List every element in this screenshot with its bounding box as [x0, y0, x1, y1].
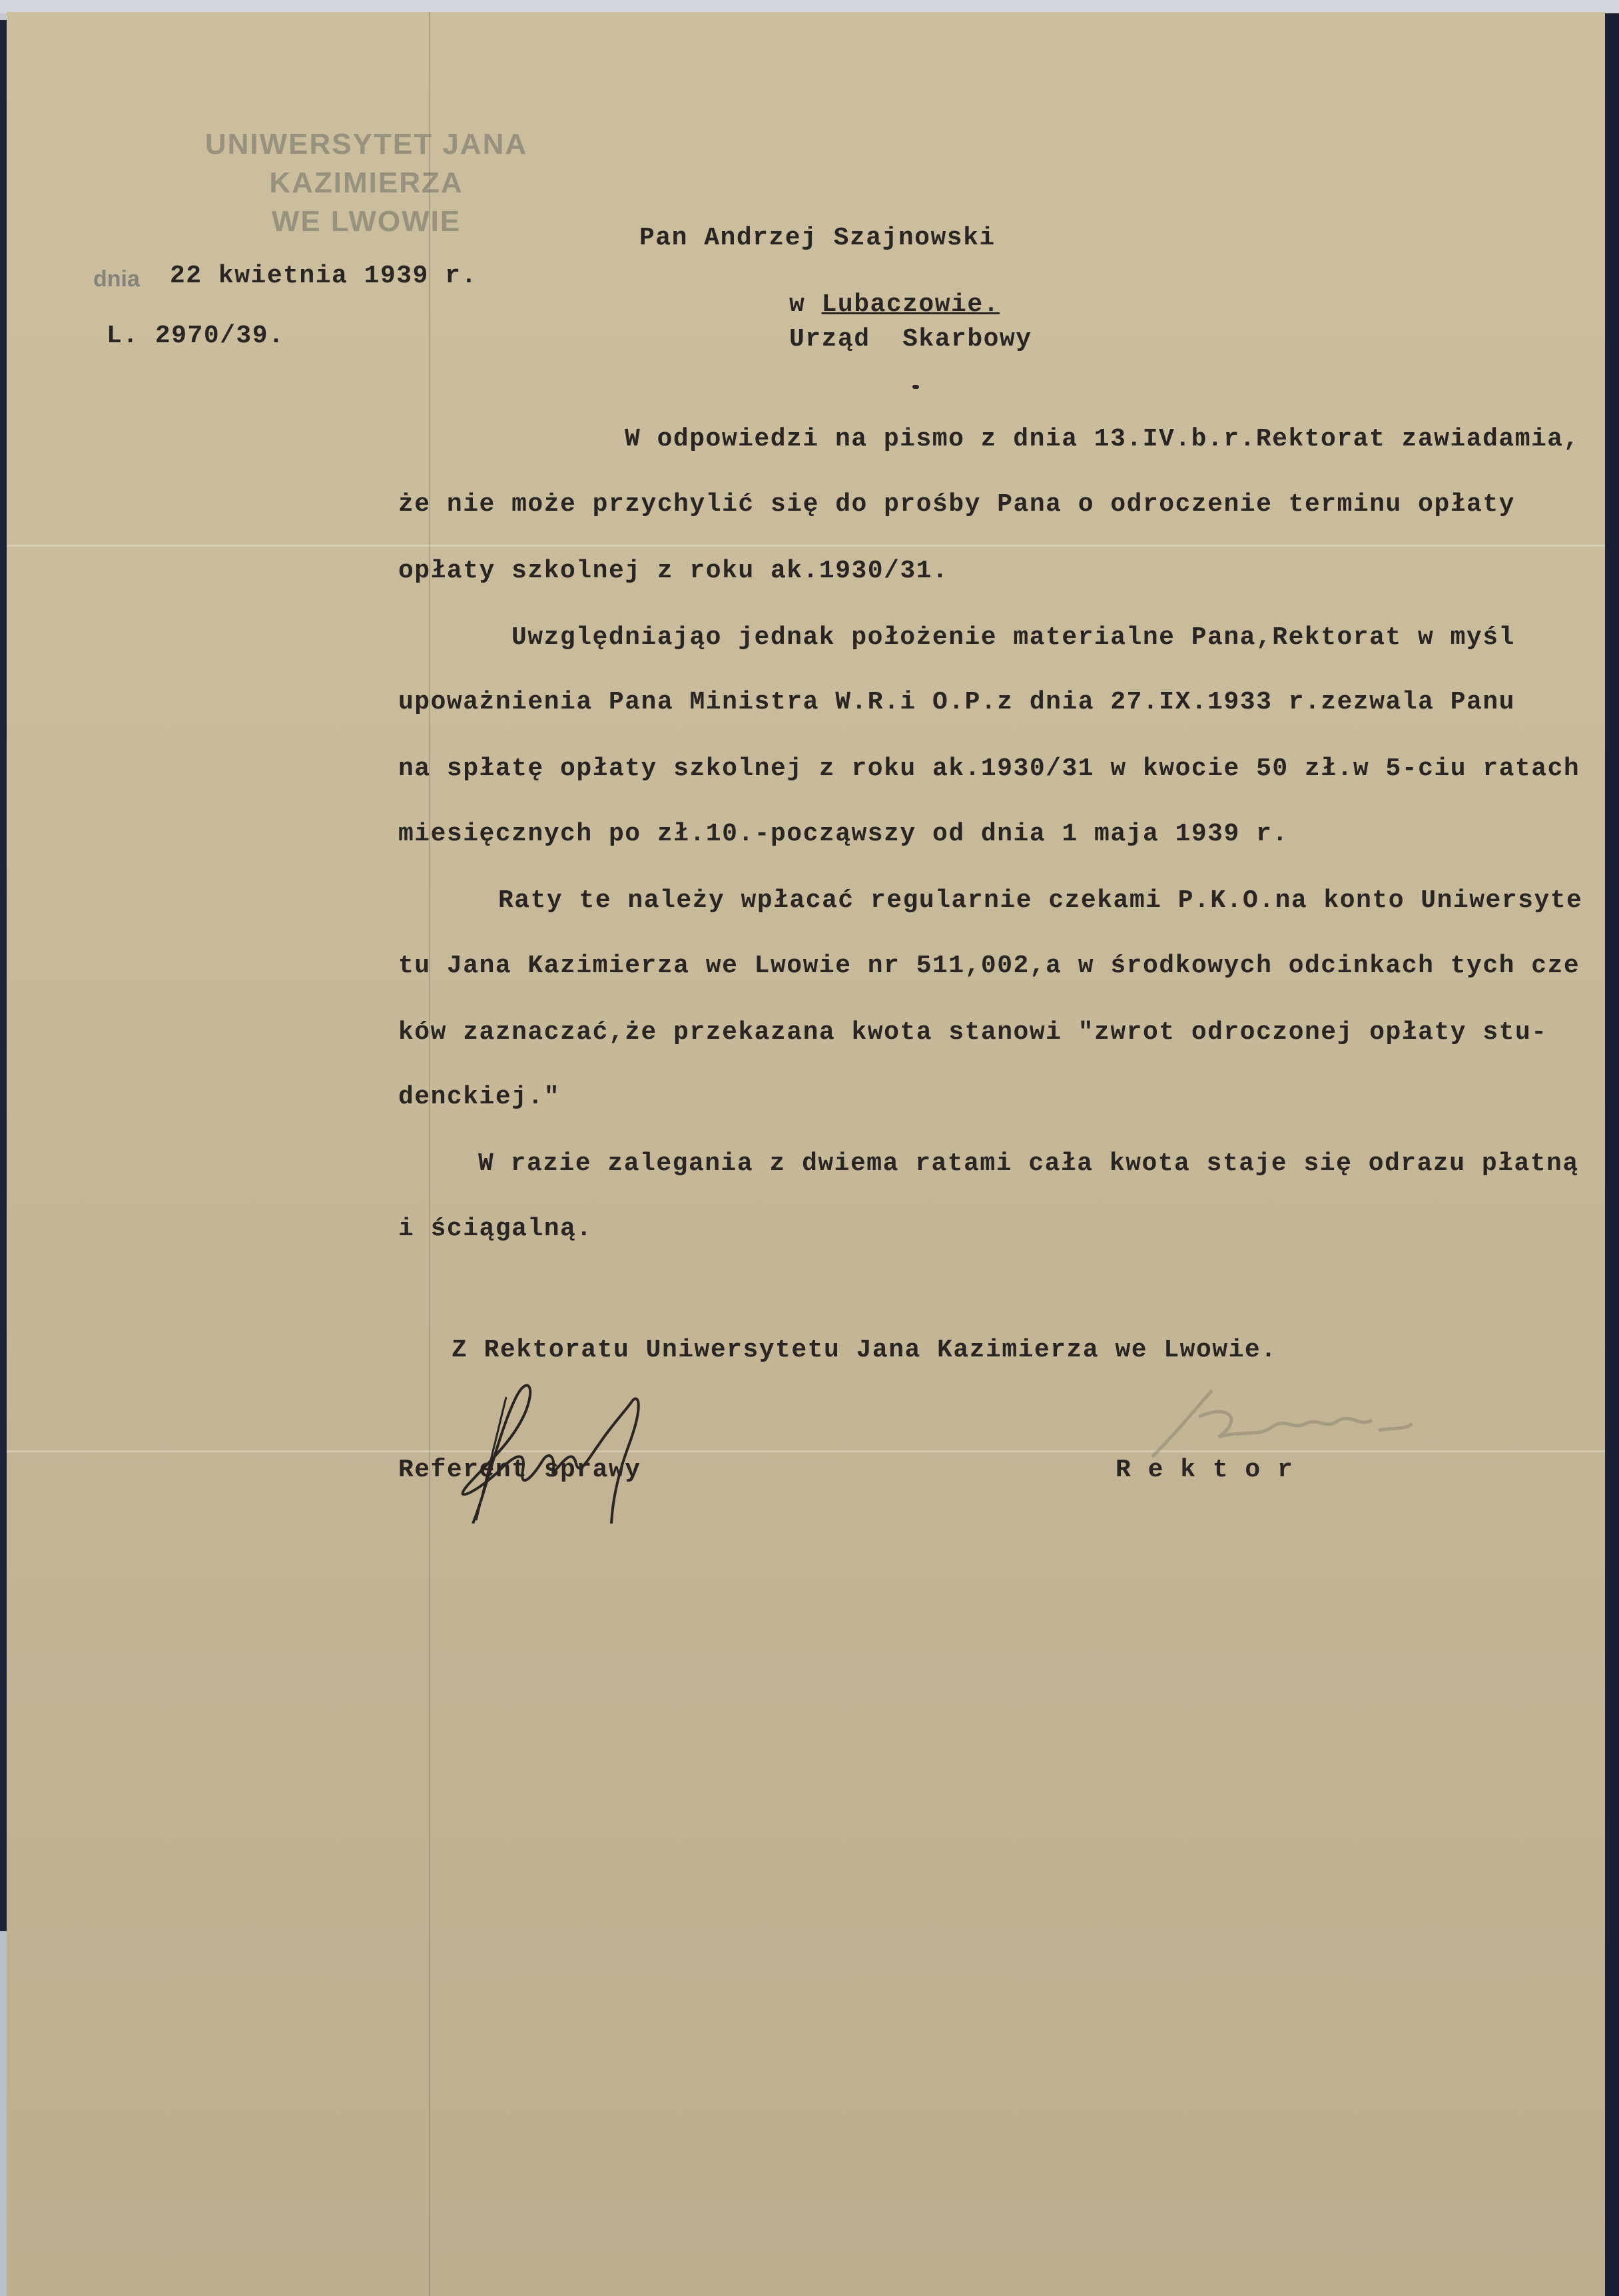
- background-right: [1605, 13, 1619, 2296]
- background-top: [0, 0, 1619, 13]
- body-line: upoważnienia Pana Ministra W.R.i O.P.z d…: [398, 688, 1515, 717]
- body-line: że nie może przychylić się do prośby Pan…: [398, 490, 1515, 519]
- body-line: opłaty szkolnej z roku ak.1930/31.: [398, 557, 948, 585]
- body-line: ków zaznaczać,że przekazana kwota stanow…: [398, 1018, 1548, 1047]
- body-line: denckiej.": [398, 1083, 560, 1111]
- date-stamp-prefix: dnia: [93, 266, 140, 292]
- body-line: i ściągalną.: [398, 1215, 593, 1243]
- fold-line-vertical: [429, 12, 430, 2296]
- bullet-mark: [912, 385, 919, 389]
- referent-label: Referent sprawy: [398, 1456, 641, 1484]
- rector-label: R e k t o r: [1116, 1456, 1293, 1484]
- closing-from: Z Rektoratu Uniwersytetu Jana Kazimierza…: [452, 1336, 1277, 1364]
- background-left: [0, 20, 7, 1931]
- referent-signature: [400, 1370, 706, 1524]
- body-line: tu Jana Kazimierza we Lwowie nr 511,002,…: [398, 952, 1580, 980]
- body-line: Raty te należy wpłacać regularnie czekam…: [498, 886, 1582, 915]
- body-line: Uwzględniająo jednak położenie materialn…: [511, 623, 1515, 652]
- stamp-line-2: WE LWOWIE: [127, 202, 606, 241]
- body-line: na spłatę opłaty szkolnej z roku ak.1930…: [398, 754, 1580, 783]
- letter-date: 22 kwietnia 1939 r.: [170, 262, 478, 290]
- reference-number: L. 2970/39.: [107, 322, 284, 350]
- recipient-office: Urząd Skarbowy: [789, 325, 1032, 354]
- recipient-name: Pan Andrzej Szajnowski: [639, 224, 996, 252]
- letter-page: UNIWERSYTET JANA KAZIMIERZA WE LWOWIE dn…: [7, 12, 1605, 2296]
- body-line: W razie zalegania z dwiema ratami cała k…: [478, 1149, 1579, 1178]
- recipient-location: w Lubaczowie.: [789, 290, 1000, 319]
- body-line: W odpowiedzi na pismo z dnia 13.IV.b.r.R…: [625, 425, 1580, 453]
- body-line: miesięcznych po zł.10.-począwszy od dnia…: [398, 820, 1289, 848]
- university-stamp: UNIWERSYTET JANA KAZIMIERZA WE LWOWIE: [127, 125, 606, 241]
- fold-line-horizontal: [7, 545, 1605, 547]
- stamp-line-1: UNIWERSYTET JANA KAZIMIERZA: [127, 125, 606, 202]
